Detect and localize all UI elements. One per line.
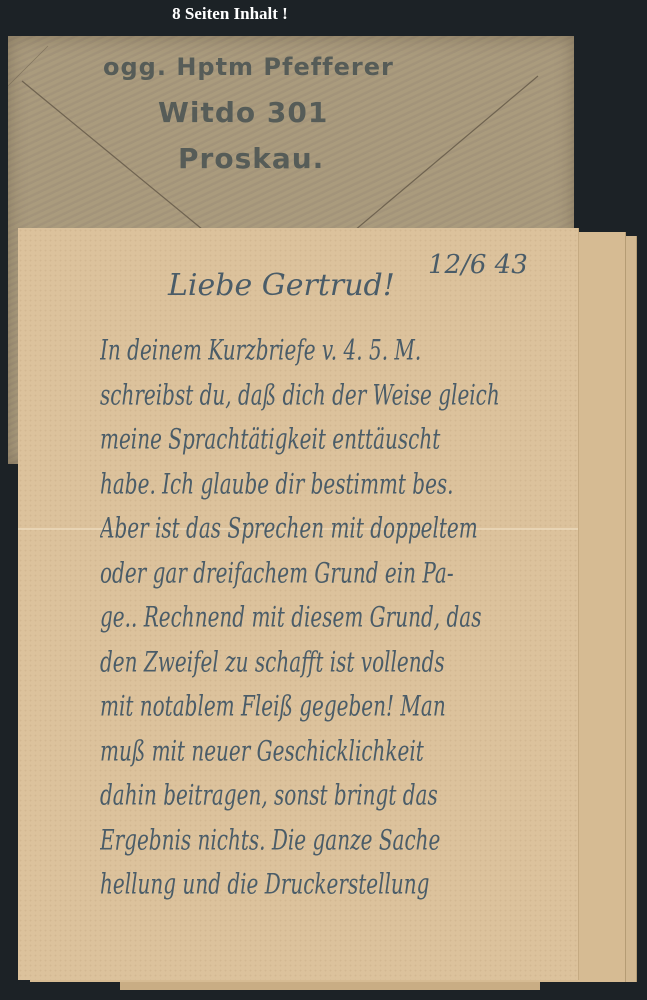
letter-page-1: 12/6 43 Liebe Gertrud! In deinem Kurzbri…	[18, 228, 579, 980]
letter-line: hellung und die Druckerstellung	[100, 853, 560, 915]
page-count-caption: 8 Seiten Inhalt !	[0, 4, 460, 24]
letter-salutation: Liebe Gertrud!	[168, 268, 395, 303]
letter-body: In deinem Kurzbriefe v. 4. 5. M. schreib…	[100, 328, 560, 907]
sender-name: ogg. Hptm Pfefferer	[103, 44, 394, 90]
sender-address: ogg. Hptm Pfefferer Witdo 301 Proskau.	[103, 44, 394, 182]
sender-place: Proskau.	[103, 136, 394, 182]
sender-unit: Witdo 301	[103, 90, 394, 136]
letter-date: 12/6 43	[428, 250, 528, 280]
